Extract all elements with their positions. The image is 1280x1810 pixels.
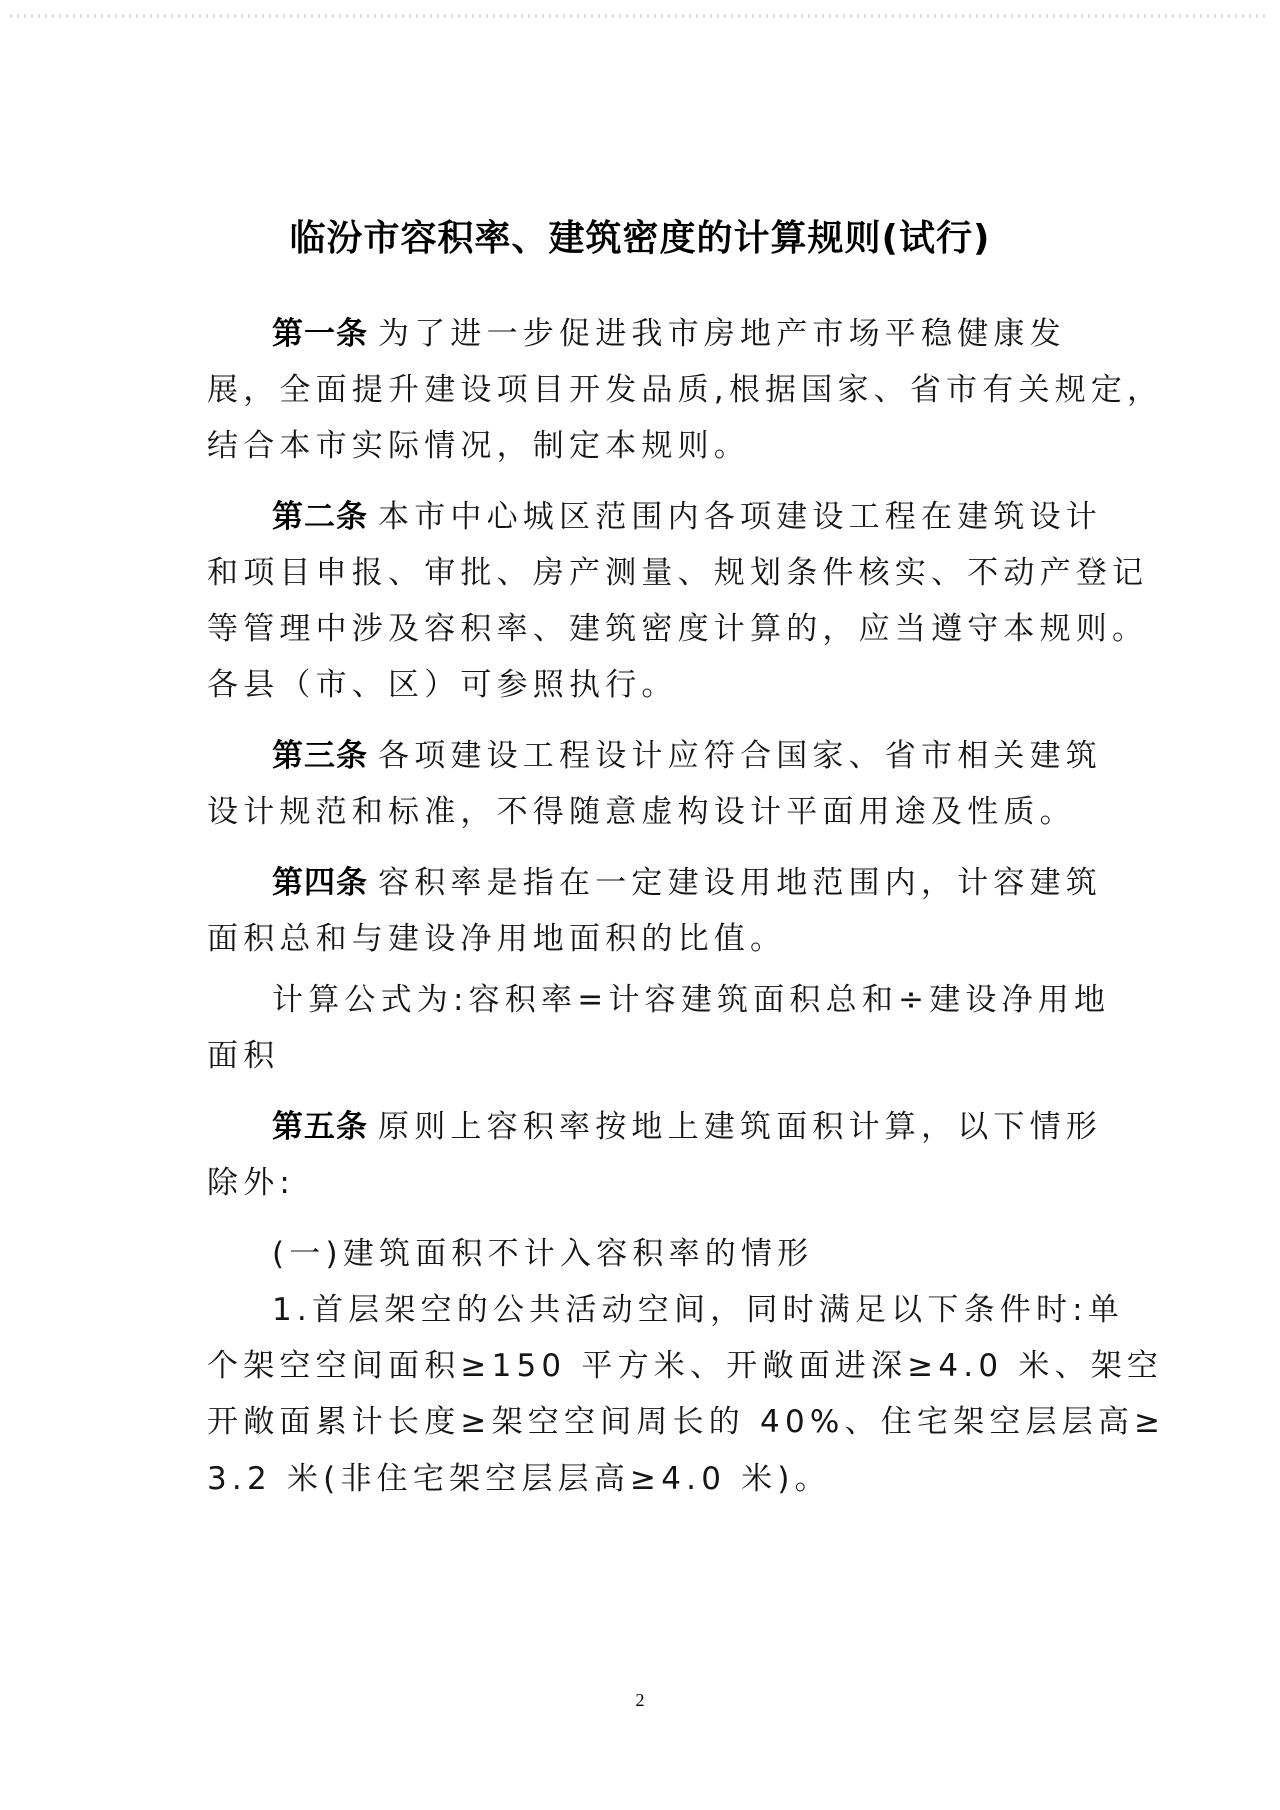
item-1-line-3: 开敞面累计长度≥架空空间周长的 40%、住宅架空层层高≥ <box>207 1396 1165 1441</box>
article-4-line-2: 面积总和与建设净用地面积的比值。 <box>207 913 786 958</box>
formula-line-1: 计算公式为:容积率=计容建筑面积总和÷建设净用地 <box>272 974 1110 1019</box>
subsection-heading: (一)建筑面积不计入容积率的情形 <box>272 1228 813 1273</box>
item-1-line-4: 3.2 米(非住宅架空层层高≥4.0 米)。 <box>207 1453 831 1498</box>
item-1-line-2: 个架空空间面积≥150 平方米、开敞面进深≥4.0 米、架空 <box>207 1340 1163 1385</box>
article-4-line-1: 第四条容积率是指在一定建设用地范围内，计容建筑 <box>272 857 1102 902</box>
article-2-line-3: 等管理中涉及容积率、建筑密度计算的，应当遵守本规则。 <box>207 603 1148 648</box>
article-5-line-1: 第五条原则上容积率按地上建筑面积计算，以下情形 <box>272 1101 1102 1146</box>
article-5-line-2: 除外: <box>207 1157 295 1202</box>
article-1-line-3: 结合本市实际情况，制定本规则。 <box>207 420 750 465</box>
article-label: 第五条 <box>272 1109 368 1145</box>
article-2-line-1: 第二条本市中心城区范围内各项建设工程在建筑设计 <box>272 491 1102 536</box>
article-2-line-2: 和项目申报、审批、房产测量、规划条件核实、不动产登记 <box>207 547 1148 592</box>
article-3-line-1: 第三条各项建设工程设计应符合国家、省市相关建筑 <box>272 730 1102 775</box>
page-number: 2 <box>0 1690 1280 1711</box>
article-label: 第三条 <box>272 738 368 774</box>
formula-line-2: 面积 <box>207 1030 279 1075</box>
article-label: 第二条 <box>272 499 368 535</box>
article-1-line-2: 展，全面提升建设项目开发品质,根据国家、省市有关规定， <box>207 364 1163 409</box>
article-2-line-4: 各县（市、区）可参照执行。 <box>207 659 678 704</box>
document-title: 临汾市容积率、建筑密度的计算规则(试行) <box>0 210 1280 261</box>
article-3-line-2: 设计规范和标准，不得随意虚构设计平面用途及性质。 <box>207 786 1076 831</box>
article-label: 第一条 <box>272 316 368 352</box>
article-label: 第四条 <box>272 865 368 901</box>
article-1-line-1: 第一条为了进一步促进我市房地产市场平稳健康发 <box>272 308 1066 353</box>
item-1-line-1: 1.首层架空的公共活动空间，同时满足以下条件时:单 <box>272 1284 1124 1329</box>
scan-noise-strip <box>10 14 1270 18</box>
